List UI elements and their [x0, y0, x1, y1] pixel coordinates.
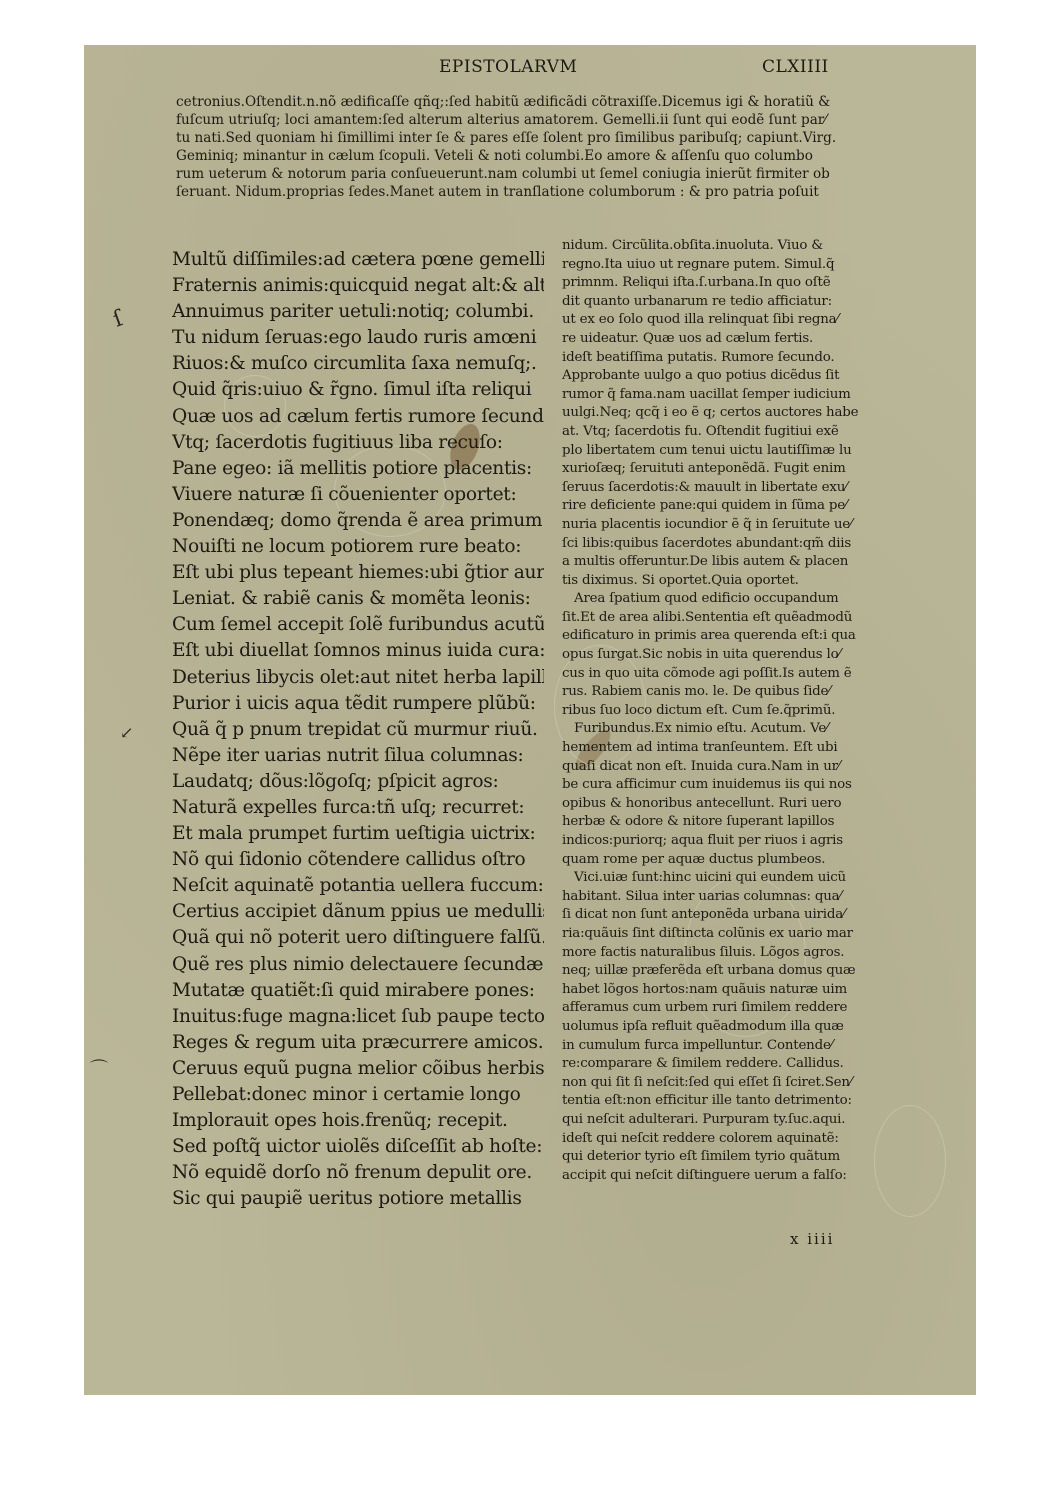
- commentary-line: qui deterior tyrio eſt ſimilem tyrio quã…: [562, 1148, 902, 1167]
- commentary-line: nuria placentis iocundior ẽ q̃ in ſeruit…: [562, 516, 902, 535]
- verse-line: Quã q̃ p pnum trepidat cũ murmur riuũ.: [172, 717, 544, 743]
- commentary-line: rum ueterum & notorum paria conſueuerunt…: [176, 165, 901, 183]
- commentary-line: afferamus cum urbem ruri ſimilem reddere: [562, 999, 902, 1018]
- commentary-line: opus ſurgat.Sic nobis in uita querendus …: [562, 646, 902, 665]
- commentary-line: neq; uillæ præferẽda eſt urbana domus qu…: [562, 962, 902, 981]
- commentary-line: habet lõgos hortos:nam quãuis naturæ uim: [562, 981, 902, 1000]
- verse-line: Tu nidum ſeruas:ego laudo ruris amœni: [172, 325, 544, 351]
- margin-pen-mark: ſ: [110, 306, 126, 332]
- verse-line: Riuos:& muſco circumlita ſaxa nemuſq;.: [172, 351, 544, 377]
- commentary-line: habitant. Silua inter uarias columnas: q…: [562, 888, 902, 907]
- commentary-line: Approbante uulgo a quo potius dicẽdus ſi…: [562, 367, 902, 386]
- verse-line: Et mala prumpet furtim ueſtigia uictrix:: [172, 821, 544, 847]
- verse-text-column: Multũ diſſimiles:ad cætera pœne gemelli:…: [172, 247, 544, 1212]
- verse-line: Naturã expelles furca:tñ uſq; recurret:: [172, 795, 544, 821]
- commentary-line: a multis offeruntur.De libis autem & pla…: [562, 553, 902, 572]
- margin-pen-mark: ↙: [120, 723, 133, 742]
- commentary-line: non qui ſit ſi neſcit:ſed qui eſſet ſi ſ…: [562, 1074, 902, 1093]
- commentary-line: ſi dicat non ſunt anteponẽda urbana uiri…: [562, 906, 902, 925]
- verse-line: Mutatæ quatiẽt:ſi quid mirabere pones:: [172, 978, 544, 1004]
- commentary-line: quaſi dicat non eſt. Inuida cura.Nam in …: [562, 758, 902, 777]
- verse-line: Nõ equidẽ dorſo nõ frenum depulit ore.: [172, 1160, 544, 1186]
- commentary-line: tis diximus. Si oportet.Quia oportet.: [562, 572, 902, 591]
- verse-line: Eſt ubi plus tepeant hiemes:ubi g̃tior a…: [172, 560, 544, 586]
- commentary-line: at. Vtq; ſacerdotis fu. Oſtendit fugitiu…: [562, 423, 902, 442]
- verse-line: Quid q̃ris:uiuo & r̃gno. ſimul iſta reli…: [172, 377, 544, 403]
- verse-line: Laudatq; dõus:lõgoſq; pſpicit agros:: [172, 769, 544, 795]
- verse-line: Purior i uicis aqua tẽdit rumpere plũbũ:: [172, 691, 544, 717]
- commentary-line: tu nati.Sed quoniam hi ſimillimi inter ſ…: [176, 129, 901, 147]
- verse-line: Leniat. & rabiẽ canis & momẽta leonis:: [172, 586, 544, 612]
- commentary-line: tentia eſt:non efficitur ille tanto detr…: [562, 1092, 902, 1111]
- verse-line: Quã qui nõ poterit uero diſtinguere falſ…: [172, 925, 544, 951]
- margin-pen-mark: ⌒: [90, 1055, 108, 1081]
- commentary-line: Vici.uiæ ſunt:hinc uicini qui eundem uic…: [562, 869, 902, 888]
- commentary-line: ſeruus ſacerdotis:& mauult in libertate …: [562, 479, 902, 498]
- commentary-line: ſit.Et de area alibi.Sententia eſt quẽad…: [562, 609, 902, 628]
- verse-line: Nouiſti ne locum potiorem rure beato:: [172, 534, 544, 560]
- verse-line: Multũ diſſimiles:ad cætera pœne gemelli:: [172, 247, 544, 273]
- verse-line: Fraternis animis:quicquid negat alt:& al…: [172, 273, 544, 299]
- verse-line: Nẽpe iter uarias nutrit ſilua columnas:: [172, 743, 544, 769]
- commentary-line: uulgi.Neq; qcq̃ i eo ẽ q; certos auctore…: [562, 404, 902, 423]
- verse-line: Sed poſtq̃ uictor uiolẽs diſceſſit ab ho…: [172, 1134, 544, 1160]
- verse-line: Inuitus:fuge magna:licet ſub paupe tecto: [172, 1004, 544, 1030]
- commentary-line: ria:quãuis ſint diſtincta colũnis ex uar…: [562, 925, 902, 944]
- verse-line: Nõ qui ſidonio cõtendere callidus oſtro: [172, 847, 544, 873]
- commentary-line: edificaturo in primis area querenda eſt:…: [562, 627, 902, 646]
- commentary-line: primnm. Reliqui iſta.ſ.urbana.In quo oſt…: [562, 274, 902, 293]
- commentary-line: rire deficiente pane:qui quidem in ſũma …: [562, 497, 902, 516]
- commentary-line: rus. Rabiem canis mo. le. De quibus ſide…: [562, 683, 902, 702]
- verse-line: Ceruus equũ pugna melior cõibus herbis: [172, 1056, 544, 1082]
- commentary-line: ideſt qui neſcit reddere colorem aquinat…: [562, 1130, 902, 1149]
- commentary-line: opibus & honoribus antecellunt. Ruri uer…: [562, 795, 902, 814]
- commentary-line: cus in quo uita cõmode agi poſſit.Is aut…: [562, 665, 902, 684]
- commentary-line: re:comparare & ſimilem reddere. Callidus…: [562, 1055, 902, 1074]
- commentary-line: uolumus ipſa refluit quẽadmodum illa quæ: [562, 1018, 902, 1037]
- commentary-line: ribus ſuo loco dictum eſt. Cum ſe.q̃prim…: [562, 702, 902, 721]
- verse-line: Cum ſemel accepit ſolẽ furibundus acutũ.: [172, 612, 544, 638]
- verse-line: Certius accipiet dãnum ppius ue medullis…: [172, 899, 544, 925]
- commentary-line: indicos:puriorq; aqua fluit per riuos i …: [562, 832, 902, 851]
- commentary-line: Furibundus.Ex nimio eſtu. Acutum. Ve⁄: [562, 720, 902, 739]
- commentary-line: more factis naturalibus ſiluis. Lõgos ag…: [562, 944, 902, 963]
- folio-number: CLXIIII: [762, 57, 829, 77]
- running-head: EPISTOLARVM CLXIIII: [84, 57, 976, 83]
- commentary-line: ſeruant. Nidum.proprias ſedes.Manet aute…: [176, 183, 901, 201]
- commentary-line: Area ſpatium quod edificio occupandum: [562, 590, 902, 609]
- commentary-line: ut ex eo ſolo quod illa relinquat ſibi r…: [562, 311, 902, 330]
- commentary-line: rumor q̃ fama.nam uacillat ſemper iudici…: [562, 386, 902, 405]
- verse-line: Implorauit opes hois.frenũq; recepit.: [172, 1108, 544, 1134]
- verse-line: Vtq; ſacerdotis fugitiuus liba recuſo:: [172, 430, 544, 456]
- commentary-line: hementem ad intima tranſeuntem. Eſt ubi: [562, 739, 902, 758]
- commentary-line: quam rome per aquæ ductus plumbeos.: [562, 851, 902, 870]
- running-head-title: EPISTOLARVM: [439, 57, 577, 77]
- commentary-line: re uideatur. Quæ uos ad cælum fertis.: [562, 330, 902, 349]
- verse-line: Deterius libycis olet:aut nitet herba la…: [172, 665, 544, 691]
- commentary-line: xurioſæq; ſeruituti anteponẽdã. Fugit en…: [562, 460, 902, 479]
- commentary-line: Geminiq; minantur in cælum ſcopuli. Vete…: [176, 147, 901, 165]
- commentary-line: ideſt beatiſſima putatis. Rumore ſecundo…: [562, 349, 902, 368]
- commentary-line: ſci libis:quibus ſacerdotes abundant:qm̃…: [562, 535, 902, 554]
- verse-line: Ponendæq; domo q̃renda ẽ area primum:: [172, 508, 544, 534]
- commentary-line: nidum. Circũlita.obſita.inuoluta. Viuo &: [562, 237, 902, 256]
- commentary-line: in cumulum furca impelluntur. Contende⁄: [562, 1037, 902, 1056]
- verse-line: Sic qui paupiẽ ueritus potiore metallis: [172, 1186, 544, 1212]
- side-commentary-column: nidum. Circũlita.obſita.inuoluta. Viuo &…: [562, 237, 902, 1185]
- verse-line: Annuimus pariter uetuli:notiq; columbi.: [172, 299, 544, 325]
- commentary-line: fuſcum utriuſq; loci amantem:ſed alterum…: [176, 111, 901, 129]
- commentary-line: herbæ & odore & nitore ſuperant lapillos: [562, 813, 902, 832]
- commentary-line: cetronius.Oſtendit.n.nõ ædificaſſe qñq;:…: [176, 93, 901, 111]
- verse-line: Pane egeo: iã mellitis potiore placentis…: [172, 456, 544, 482]
- commentary-line: accipit qui neſcit diſtinguere uerum a f…: [562, 1167, 902, 1186]
- commentary-line: regno.Ita uiuo ut regnare putem. Simul.q…: [562, 256, 902, 275]
- verse-line: Quẽ res plus nimio delectauere ſecundæ:: [172, 952, 544, 978]
- signature-mark: x iiii: [790, 1230, 834, 1248]
- verse-line: Eſt ubi diuellat ſomnos minus iuida cura…: [172, 638, 544, 664]
- verse-line: Neſcit aquinatẽ potantia uellera fuccum:: [172, 873, 544, 899]
- verse-line: Pellebat:donec minor i certamie longo: [172, 1082, 544, 1108]
- commentary-line: be cura afficimur cum inuidemus iis qui …: [562, 776, 902, 795]
- top-commentary-block: cetronius.Oſtendit.n.nõ ædificaſſe qñq;:…: [176, 93, 901, 201]
- verse-line: Reges & regum uita præcurrere amicos.: [172, 1030, 544, 1056]
- scanned-book-page: ſ ↙ ⌒ EPISTOLARVM CLXIIII cetronius.Oſte…: [84, 45, 976, 1395]
- verse-line: Quæ uos ad cælum fertis rumore ſecundo.: [172, 404, 544, 430]
- commentary-line: qui neſcit adulterari. Purpuram ty.ſuc.a…: [562, 1111, 902, 1130]
- verse-line: Viuere naturæ ſi cõuenienter oportet:: [172, 482, 544, 508]
- commentary-line: dit quanto urbanarum re tedio afficiatur…: [562, 293, 902, 312]
- commentary-line: plo libertatem cum tenui uictu lautiſſim…: [562, 442, 902, 461]
